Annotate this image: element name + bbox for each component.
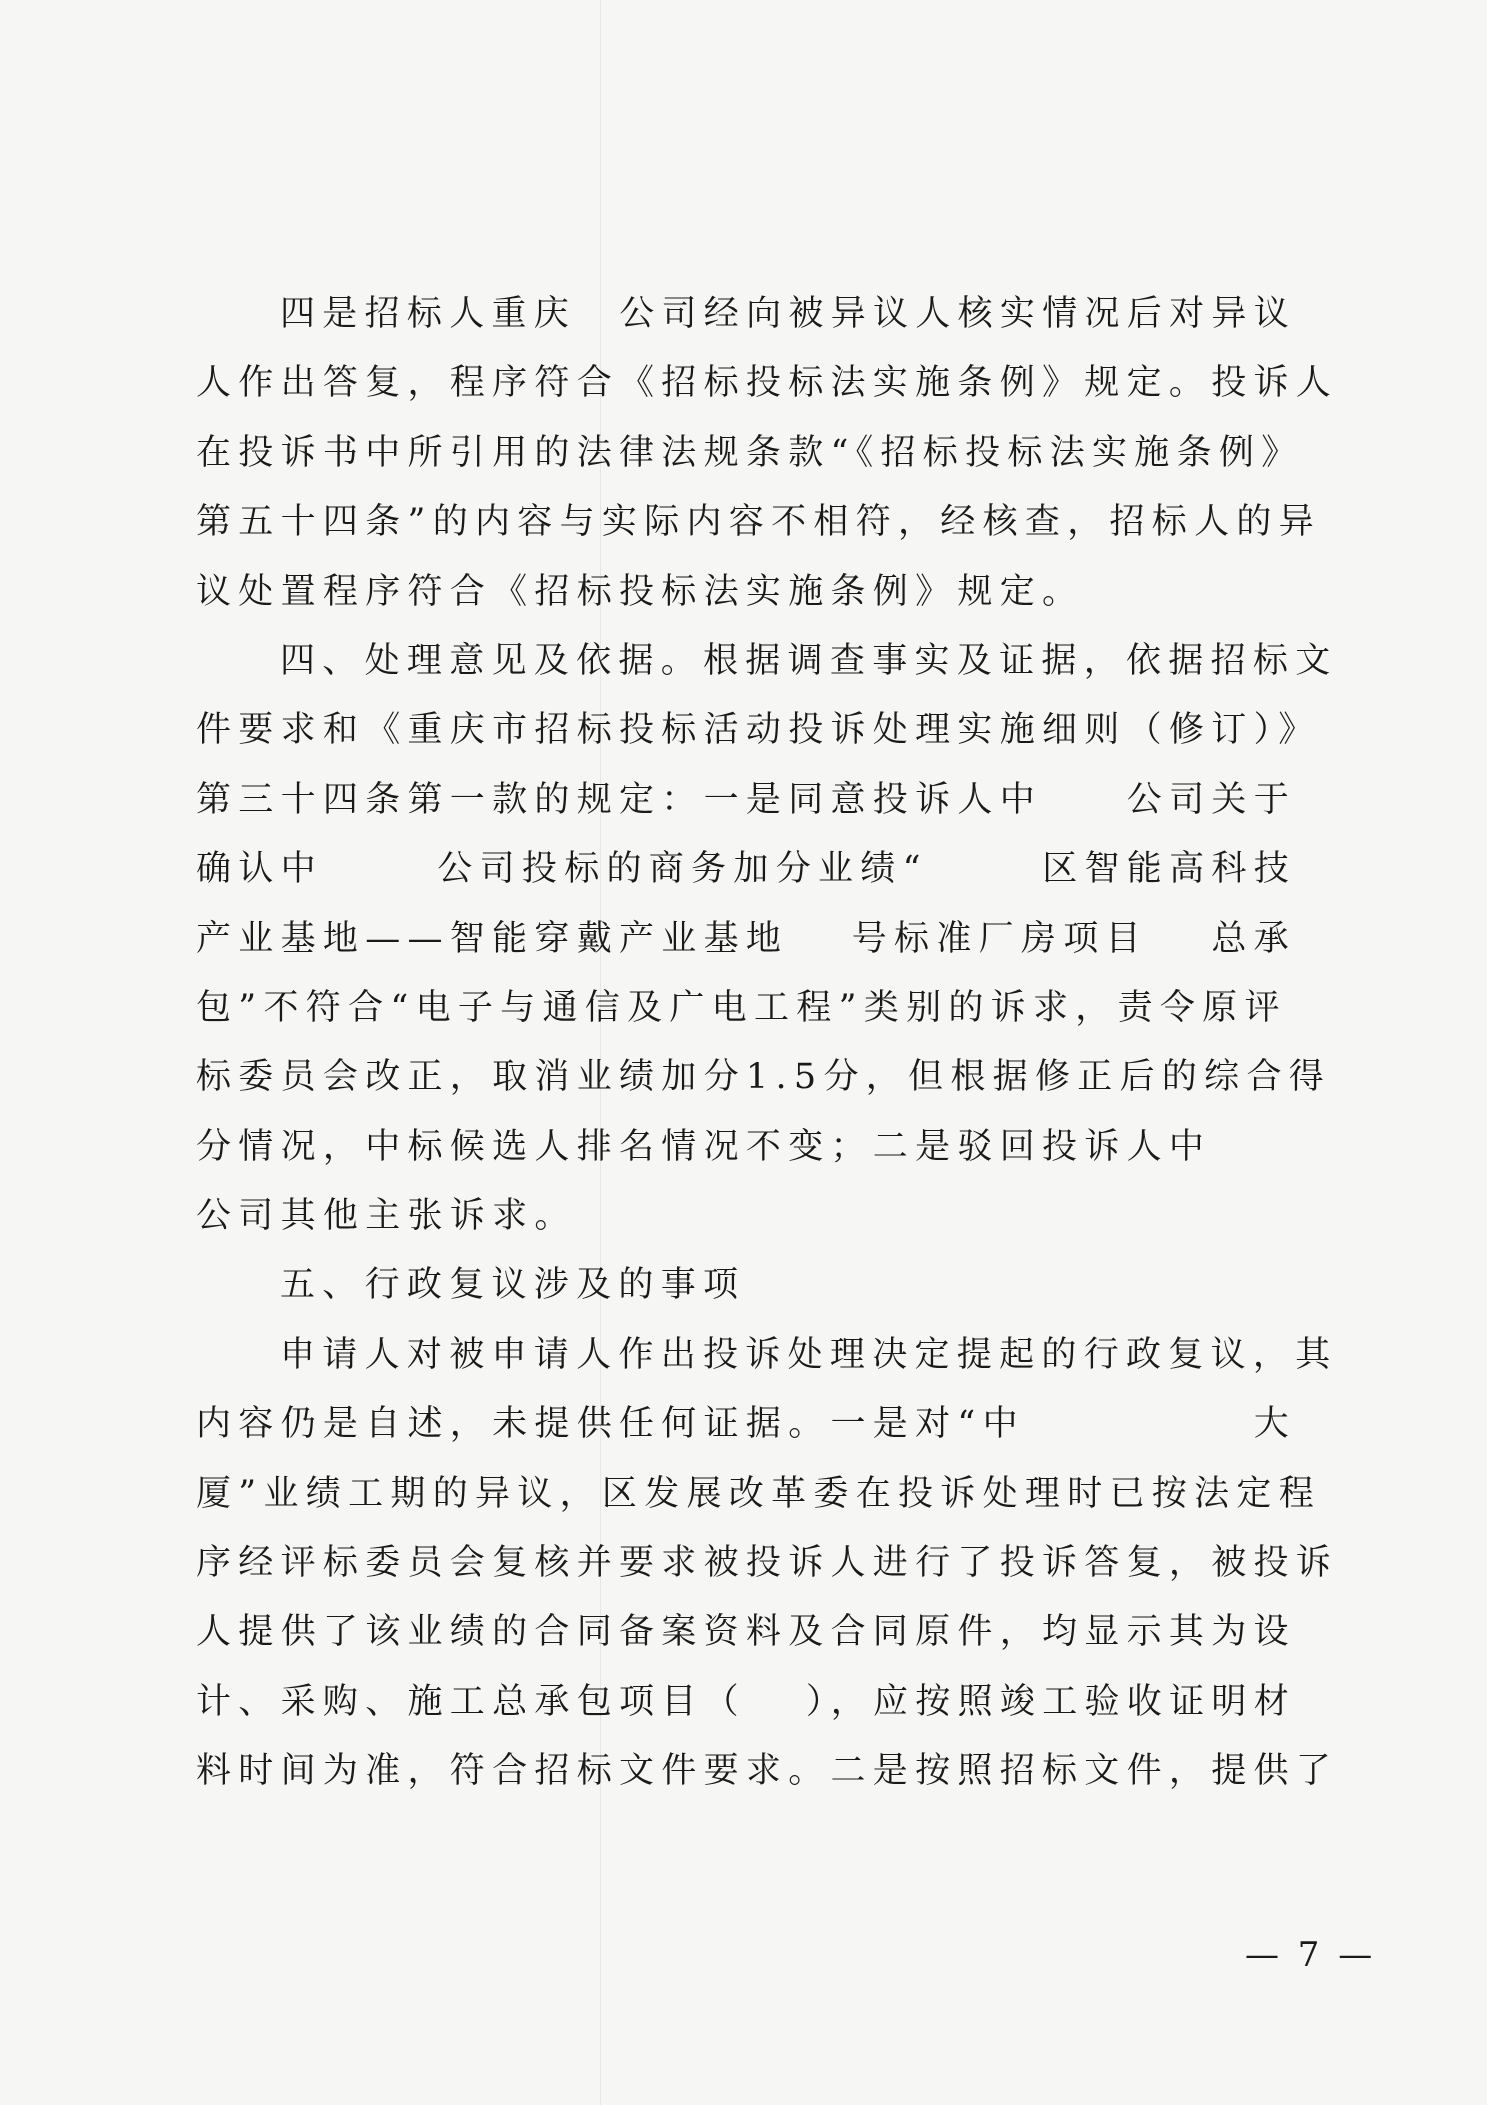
text-line: 产业基地——智能穿戴产业基地 号标准厂房项目 总承 — [196, 905, 1296, 974]
text-line: 包”不符合“电子与通信及广电工程”类别的诉求，责令原评 — [196, 974, 1296, 1043]
text-line: 四是招标人重庆 公司经向被异议人核实情况后对异议 — [196, 280, 1296, 349]
document-page: 四是招标人重庆 公司经向被异议人核实情况后对异议 人作出答复，程序符合《招标投标… — [0, 0, 1487, 2105]
text-line: 人作出答复，程序符合《招标投标法实施条例》规定。投诉人 — [196, 349, 1296, 418]
text-line: 申请人对被申请人作出投诉处理决定提起的行政复议，其 — [196, 1321, 1296, 1390]
document-body: 四是招标人重庆 公司经向被异议人核实情况后对异议 人作出答复，程序符合《招标投标… — [196, 280, 1296, 1807]
text-line: 标委员会改正，取消业绩加分1.5分，但根据修正后的综合得 — [196, 1043, 1296, 1112]
text-line: 在投诉书中所引用的法律法规条款“《招标投标法实施条例》 — [196, 419, 1296, 488]
text-line: 第三十四条第一款的规定：一是同意投诉人中 公司关于 — [196, 766, 1296, 835]
text-line: 人提供了该业绩的合同备案资料及合同原件，均显示其为设 — [196, 1598, 1296, 1667]
page-number: — 7 — — [1245, 1935, 1376, 1975]
text-line: 序经评标委员会复核并要求被投诉人进行了投诉答复，被投诉 — [196, 1529, 1296, 1598]
text-line: 计、采购、施工总承包项目（ ），应按照竣工验收证明材 — [196, 1668, 1296, 1737]
text-line: 件要求和《重庆市招标投标活动投诉处理实施细则（修订）》 — [196, 696, 1296, 765]
section-heading-line: 五、行政复议涉及的事项 — [196, 1251, 1296, 1320]
text-line: 厦”业绩工期的异议，区发展改革委在投诉处理时已按法定程 — [196, 1460, 1296, 1529]
text-line: 公司其他主张诉求。 — [196, 1182, 1296, 1251]
text-line: 确认中 公司投标的商务加分业绩“ 区智能高科技 — [196, 835, 1296, 904]
text-line: 内容仍是自述，未提供任何证据。一是对“中 大 — [196, 1390, 1296, 1459]
text-line: 议处置程序符合《招标投标法实施条例》规定。 — [196, 558, 1296, 627]
text-line: 第五十四条”的内容与实际内容不相符，经核查，招标人的异 — [196, 488, 1296, 557]
text-line: 分情况，中标候选人排名情况不变；二是驳回投诉人中 — [196, 1113, 1296, 1182]
text-line: 料时间为准，符合招标文件要求。二是按照招标文件，提供了 — [196, 1737, 1296, 1806]
section-heading-line: 四、处理意见及依据。根据调查事实及证据，依据招标文 — [196, 627, 1296, 696]
